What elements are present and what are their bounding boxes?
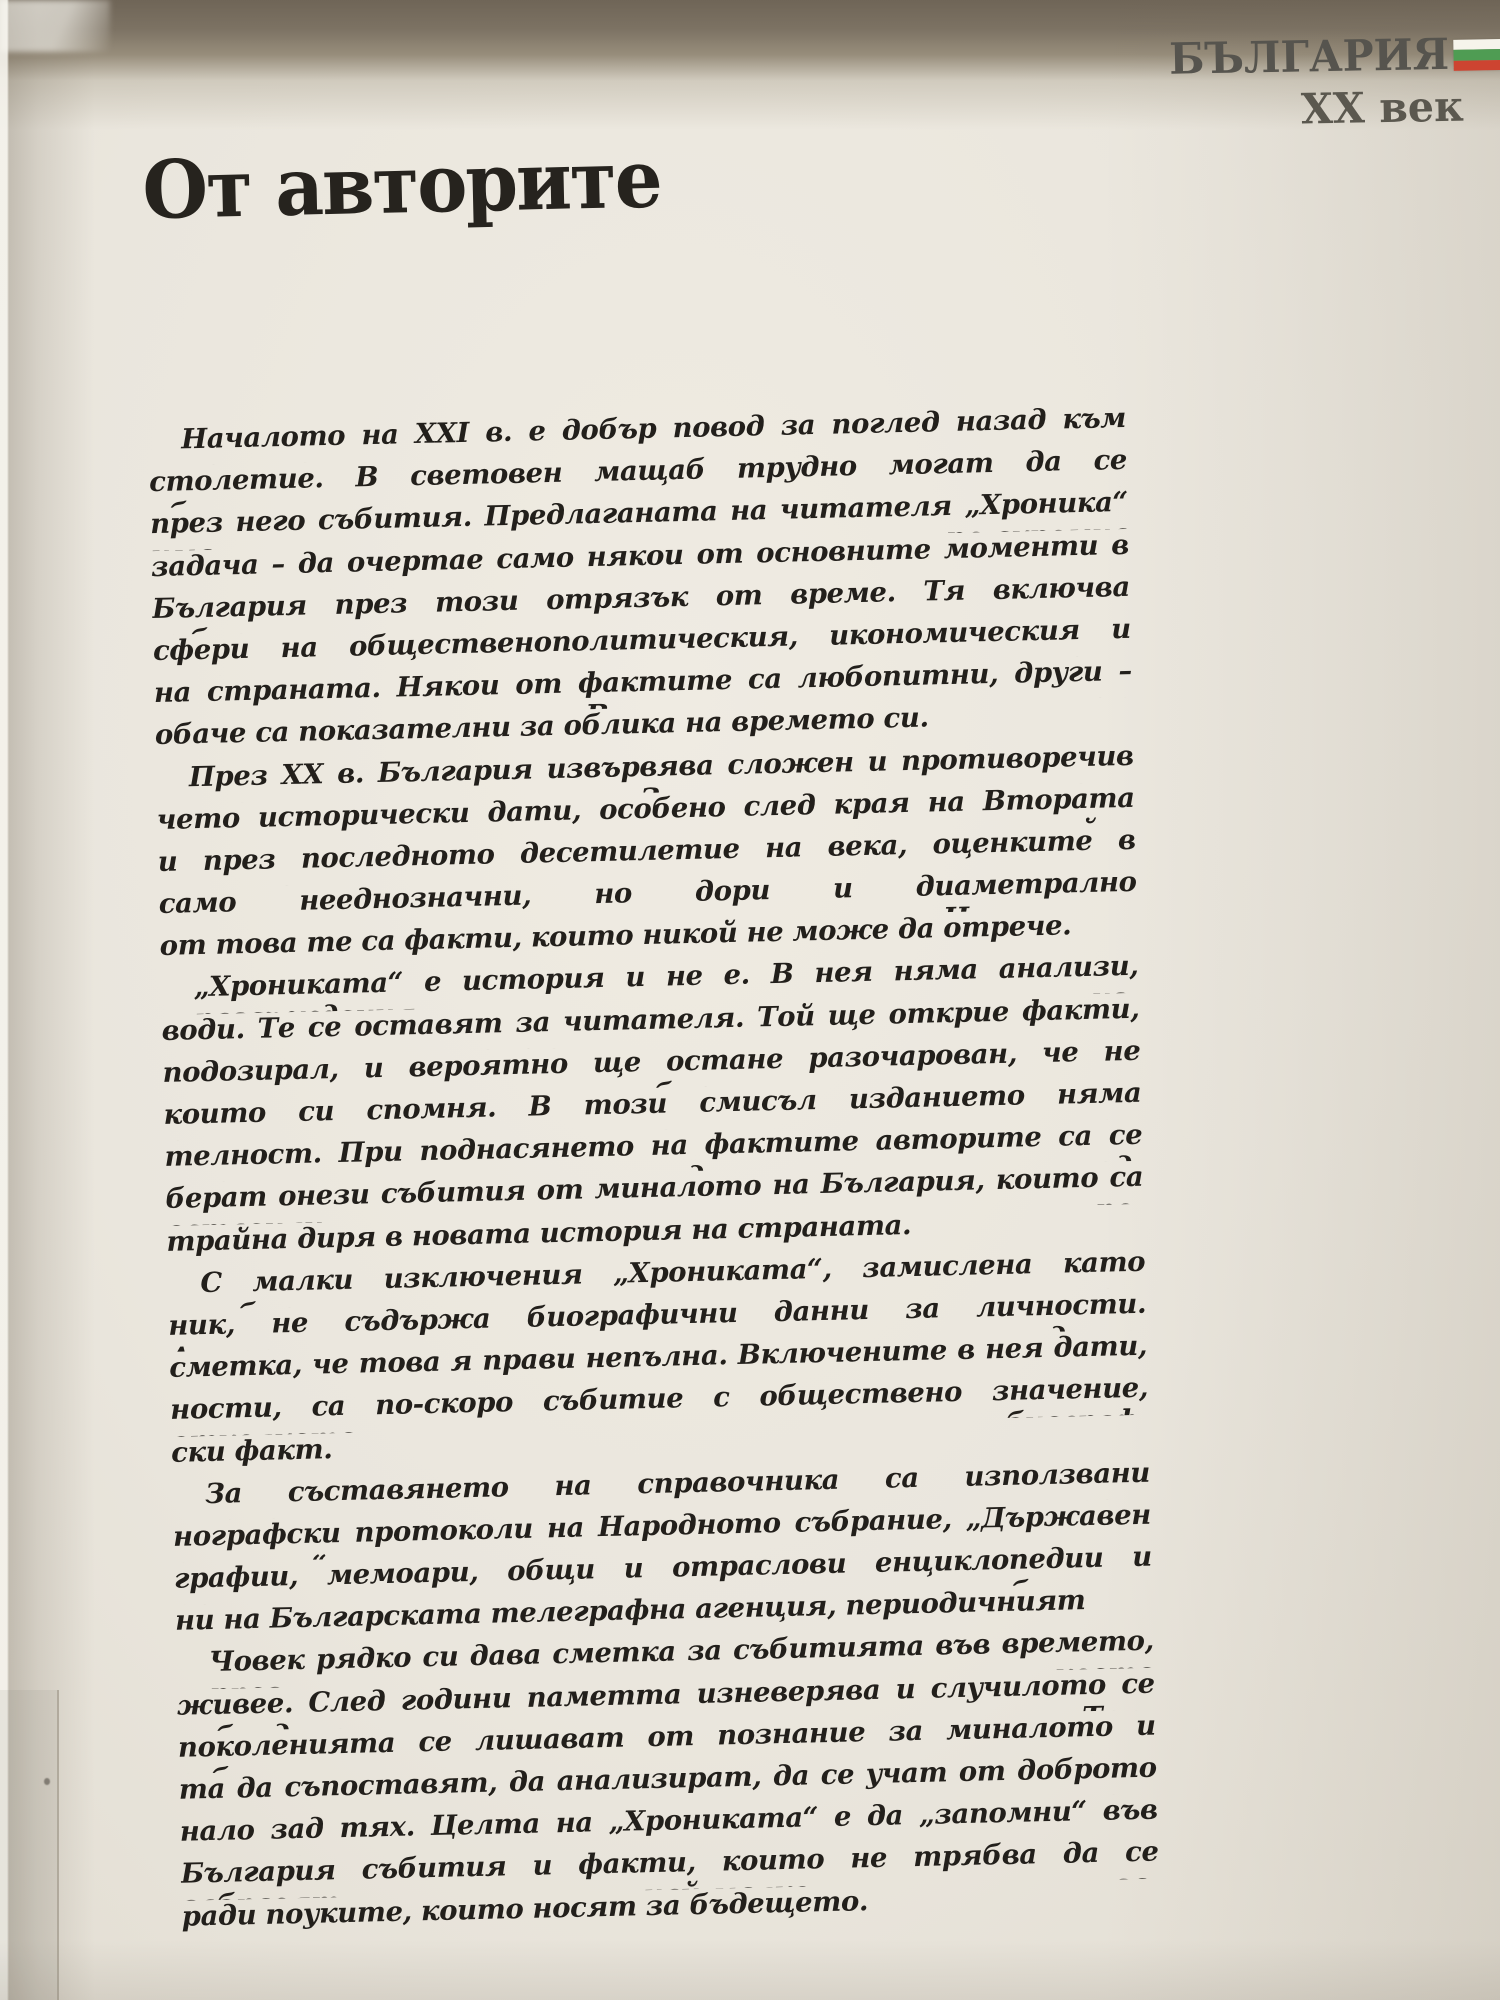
page-title: От авторите xyxy=(142,138,662,230)
book-page-photo: БЪЛГАРИЯ XX век От авторите Началото на … xyxy=(0,0,1500,2000)
body-text: Началото на XXI в. е добър повод за погл… xyxy=(148,402,1160,1943)
tilted-page-content: От авторите Началото на XXI в. е добър п… xyxy=(0,0,1500,2000)
